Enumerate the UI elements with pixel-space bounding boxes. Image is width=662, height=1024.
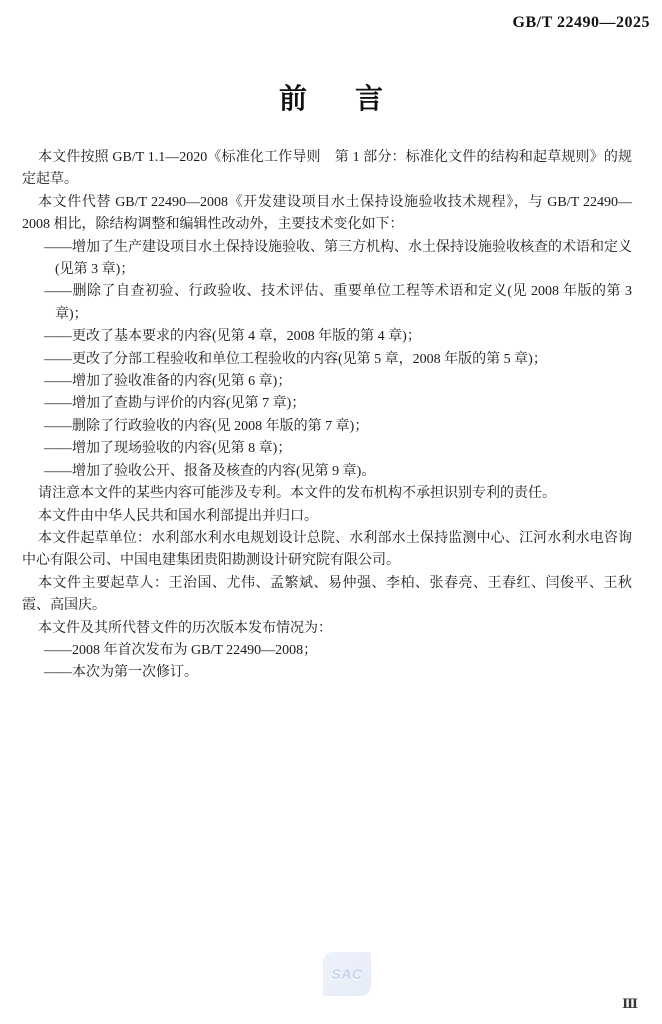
revision-history-intro: 本文件及其所代替文件的历次版本发布情况为：: [22, 618, 632, 640]
foreword-content: 本文件按照 GB/T 1.1—2020《标准化工作导则 第 1 部分：标准化文件…: [22, 147, 632, 685]
change-list-item: ——更改了分部工程验收和单位工程验收的内容(见第 5 章，2008 年版的第 5…: [22, 349, 632, 371]
document-page: GB/T 22490—2025 前 言 本文件按照 GB/T 1.1—2020《…: [0, 0, 662, 1024]
change-list-item: ——增加了验收公开、报备及核查的内容(见第 9 章)。: [22, 461, 632, 483]
foreword-paragraph: 本文件按照 GB/T 1.1—2020《标准化工作导则 第 1 部分：标准化文件…: [22, 147, 632, 192]
issuing-body-paragraph: 本文件由中华人民共和国水利部提出并归口。: [22, 506, 632, 528]
sac-logo-watermark-icon: SAC: [323, 952, 371, 996]
standard-code: GB/T 22490—2025: [513, 14, 650, 32]
change-list-item: ——增加了生产建设项目水土保持设施验收、第三方机构、水土保持设施验收核查的术语和…: [22, 237, 632, 282]
patent-notice-paragraph: 请注意本文件的某些内容可能涉及专利。本文件的发布机构不承担识别专利的责任。: [22, 483, 632, 505]
change-list-item: ——增加了现场验收的内容(见第 8 章)；: [22, 438, 632, 460]
change-list-item: ——增加了查勘与评价的内容(见第 7 章)；: [22, 393, 632, 415]
change-list-item: ——删除了自查初验、行政验收、技术评估、重要单位工程等术语和定义(见 2008 …: [22, 281, 632, 326]
foreword-paragraph: 本文件代替 GB/T 22490—2008《开发建设项目水土保持设施验收技术规程…: [22, 192, 632, 237]
change-list-item: ——增加了验收准备的内容(见第 6 章)；: [22, 371, 632, 393]
change-list-item: ——更改了基本要求的内容(见第 4 章，2008 年版的第 4 章)；: [22, 326, 632, 348]
revision-history-item: ——2008 年首次发布为 GB/T 22490—2008；: [22, 640, 632, 662]
revision-history-item: ——本次为第一次修订。: [22, 662, 632, 684]
page-number: Ⅲ: [622, 996, 638, 1012]
drafters-paragraph: 本文件主要起草人：王治国、尤伟、孟繁斌、易仲强、李柏、张春亮、王春红、闫俊平、王…: [22, 573, 632, 618]
drafting-organizations-paragraph: 本文件起草单位：水利部水利水电规划设计总院、水利部水土保持监测中心、江河水利水电…: [22, 528, 632, 573]
change-list-item: ——删除了行政验收的内容(见 2008 年版的第 7 章)；: [22, 416, 632, 438]
page-title: 前 言: [0, 84, 662, 114]
